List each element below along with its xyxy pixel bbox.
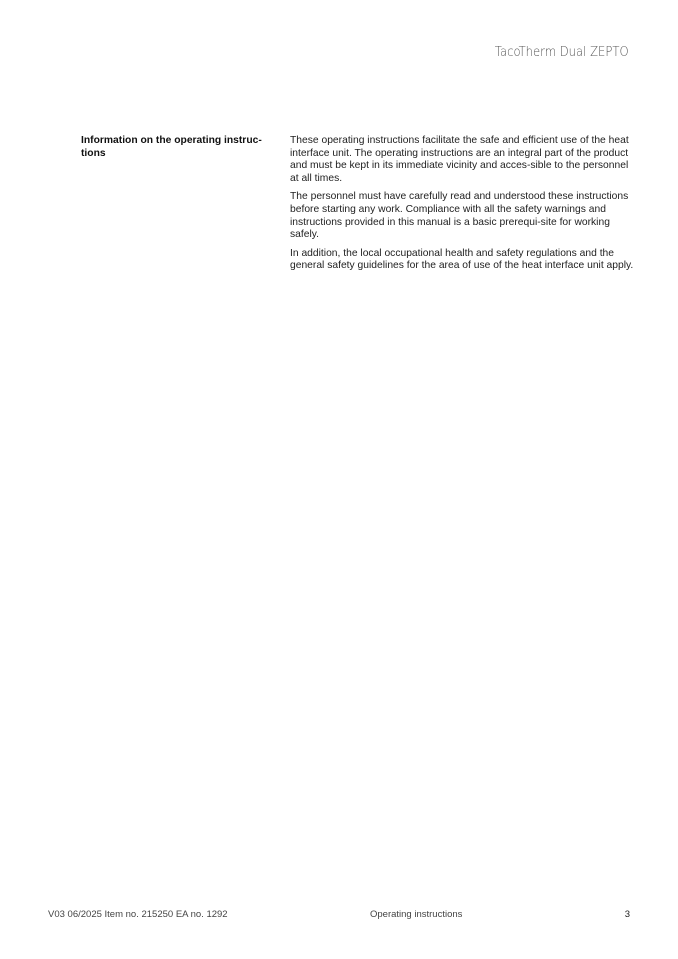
paragraph-purpose: These operating instructions facilitate … xyxy=(290,135,635,185)
paragraph-regulations: In addition, the local occupational heal… xyxy=(290,248,635,273)
page-number: 3 xyxy=(625,909,630,920)
document-title: TacoTherm Dual ZEPTO xyxy=(495,44,629,60)
paragraph-personnel: The personnel must have carefully read a… xyxy=(290,191,635,241)
footer-doc-type: Operating instructions xyxy=(370,909,462,920)
section-heading: Information on the operating instruc-tio… xyxy=(81,135,271,160)
footer-version-info: V03 06/2025 Item no. 215250 EA no. 1292 xyxy=(48,909,228,920)
section-body: These operating instructions facilitate … xyxy=(290,135,635,279)
